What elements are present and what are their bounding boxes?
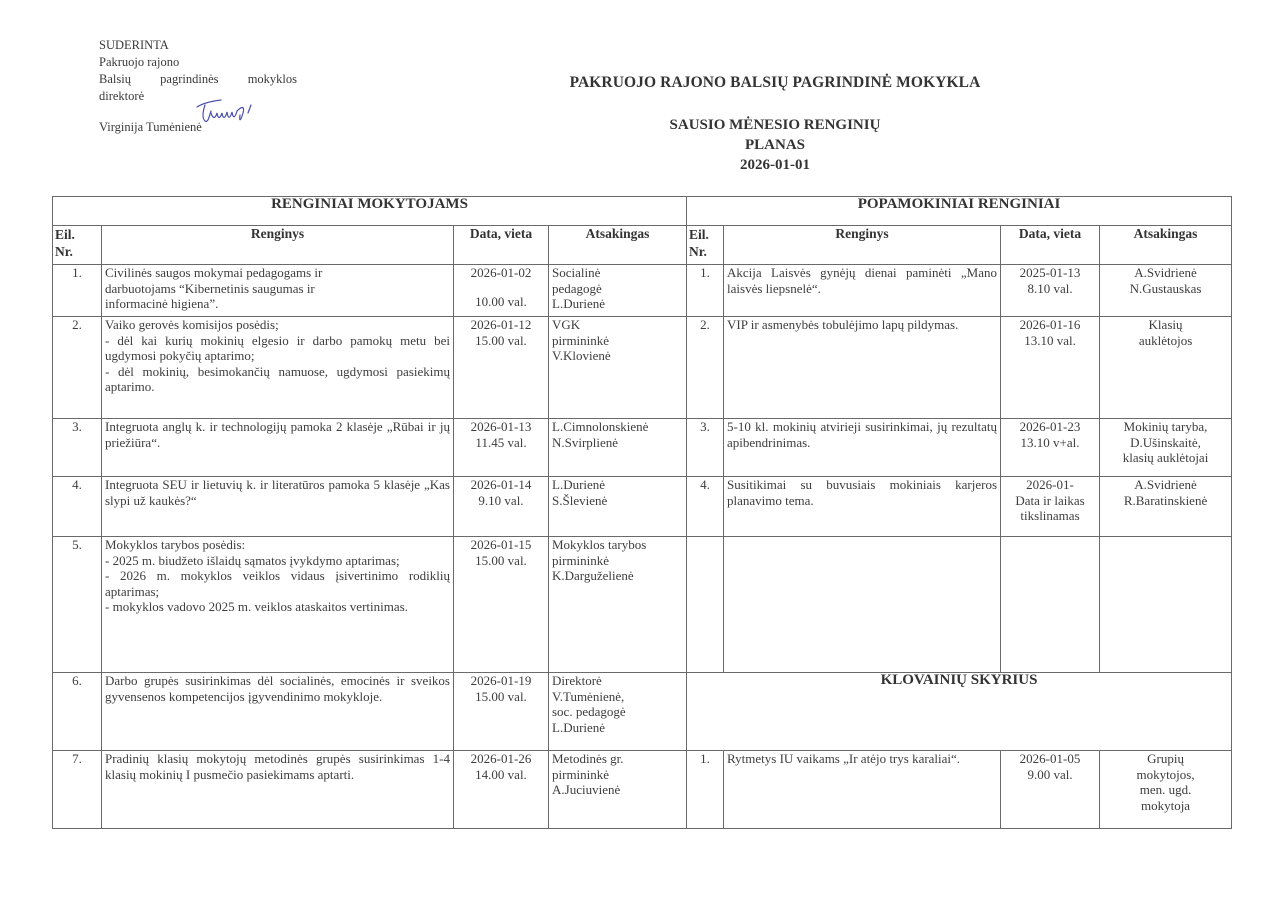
responsible-line: V.Klovienė: [552, 348, 683, 364]
col-header-nr: Eil.Nr.: [687, 226, 724, 265]
event-line: Integruota anglų k. ir technologijų pamo…: [105, 419, 450, 450]
event-line: darbuotojams “Kibernetinis saugumas ir: [105, 281, 450, 297]
event-line: Pradinių klasių mokytojų metodinės grupė…: [105, 751, 450, 782]
row-number: 4.: [53, 477, 102, 537]
event-line: - 2025 m. biudžeto išlaidų sąmatos įvykd…: [105, 553, 450, 569]
event-description: Integruota anglų k. ir technologijų pamo…: [102, 419, 454, 477]
row-number: 6.: [53, 673, 102, 751]
event-line: VIP ir asmenybės tobulėjimo lapų pildyma…: [727, 317, 997, 333]
event-responsible: Grupiųmokytojos,men. ugd.mokytoja: [1100, 751, 1232, 829]
event-responsible: Metodinės gr.pirmininkėA.Juciuvienė: [549, 751, 687, 829]
table-row: 1.Civilinės saugos mokymai pedagogams ir…: [53, 265, 1232, 317]
responsible-line: D.Ušinskaitė,: [1101, 435, 1230, 451]
event-date-time: 2025-01-138.10 val.: [1001, 265, 1100, 317]
responsible-line: V.Tumėnienė,: [552, 689, 683, 705]
event-date-time: 2026-01-1613.10 val.: [1001, 317, 1100, 419]
event-date-time: 2026-01-2614.00 val.: [454, 751, 549, 829]
section-extracurricular-title: POPAMOKINIAI RENGINIAI: [687, 197, 1232, 226]
empty-cell: [1001, 537, 1100, 673]
event-date-time: 2026-01-0210.00 val.: [454, 265, 549, 317]
event-date: 2026-01-12: [457, 317, 545, 333]
responsible-line: pirmininkė: [552, 553, 683, 569]
row-number: 3.: [53, 419, 102, 477]
event-time: 13.10 val.: [1004, 333, 1096, 349]
event-date: 2026-01-16: [1004, 317, 1096, 333]
event-responsible: VGKpirmininkėV.Klovienė: [549, 317, 687, 419]
row-number: 1.: [53, 265, 102, 317]
responsible-line: L.Durienė: [552, 720, 683, 736]
row-number: 2.: [53, 317, 102, 419]
signature-icon: [193, 93, 273, 127]
row-number: 7.: [53, 751, 102, 829]
event-responsible: A.SvidrienėN.Gustauskas: [1100, 265, 1232, 317]
col-header-responsible: Atsakingas: [1100, 226, 1232, 265]
event-date-time: 2026-01-1515.00 val.: [454, 537, 549, 673]
event-date-time: 2026-01-Data ir laikas tikslinamas: [1001, 477, 1100, 537]
row-number: 4.: [687, 477, 724, 537]
responsible-line: S.Šlevienė: [552, 493, 683, 509]
event-date-time: 2026-01-1915.00 val.: [454, 673, 549, 751]
responsible-line: A.Svidrienė: [1103, 265, 1228, 281]
event-description: Integruota SEU ir lietuvių k. ir literat…: [102, 477, 454, 537]
responsible-line: N.Gustauskas: [1103, 281, 1228, 297]
plan-title-line-2: PLANAS: [520, 135, 1030, 155]
empty-cell: [687, 537, 724, 673]
event-description: Civilinės saugos mokymai pedagogams irda…: [102, 265, 454, 317]
responsible-line: Klasių: [1103, 317, 1228, 333]
event-time: 9.10 val.: [457, 493, 545, 509]
event-responsible: Klasiųauklėtojos: [1100, 317, 1232, 419]
event-date-time: 2026-01-149.10 val.: [454, 477, 549, 537]
event-description: Pradinių klasių mokytojų metodinės grupė…: [102, 751, 454, 829]
event-date: 2026-01-19: [457, 673, 545, 689]
responsible-line: N.Svirplienė: [552, 435, 683, 451]
responsible-line: L.Cimnolonskienė: [552, 419, 683, 435]
event-time: 15.00 val.: [457, 689, 545, 705]
event-line: Vaiko gerovės komisijos posėdis;: [105, 317, 450, 333]
event-date: 2026-01-: [1004, 477, 1096, 493]
responsible-line: pirmininkė: [552, 767, 683, 783]
responsible-line: A.Svidrienė: [1103, 477, 1228, 493]
event-time: 9.00 val.: [1004, 767, 1096, 783]
event-line: Mokyklos tarybos posėdis:: [105, 537, 450, 553]
event-date: 2026-01-14: [457, 477, 545, 493]
event-line: informacinė higiena”.: [105, 296, 450, 312]
row-number: 1.: [687, 265, 724, 317]
event-description: Vaiko gerovės komisijos posėdis;- dėl ka…: [102, 317, 454, 419]
responsible-line: R.Baratinskienė: [1103, 493, 1228, 509]
col-header-responsible: Atsakingas: [549, 226, 687, 265]
event-date-time: 2026-01-1311.45 val.: [454, 419, 549, 477]
col-header-nr: Eil.Nr.: [53, 226, 102, 265]
event-line: Susitikimai su buvusiais mokiniais karje…: [727, 477, 997, 508]
event-responsible: SocialinėpedagogėL.Durienė: [549, 265, 687, 317]
responsible-line: Socialinė: [552, 265, 683, 281]
col-header-event: Renginys: [724, 226, 1001, 265]
event-line: - dėl kai kurių mokinių elgesio ir darbo…: [105, 333, 450, 364]
responsible-line: men. ugd.: [1103, 782, 1228, 798]
approval-line-2: Balsių pagrindinės mokyklos: [99, 71, 297, 88]
responsible-line: mokytojos,: [1103, 767, 1228, 783]
table-row: 3.Integruota anglų k. ir technologijų pa…: [53, 419, 1232, 477]
responsible-line: pirmininkė: [552, 333, 683, 349]
event-time: 11.45 val.: [457, 435, 545, 451]
approval-word: pagrindinės: [160, 71, 218, 88]
section-teachers-title: RENGINIAI MOKYTOJAMS: [53, 197, 687, 226]
event-time: 15.00 val.: [457, 333, 545, 349]
event-responsible: Mokinių taryba,D.Ušinskaitė,klasių auklė…: [1100, 419, 1232, 477]
document-header: PAKRUOJO RAJONO BALSIŲ PAGRINDINĖ MOKYKL…: [520, 74, 1030, 175]
col-header-event: Renginys: [102, 226, 454, 265]
table-row: 5.Mokyklos tarybos posėdis: - 2025 m. bi…: [53, 537, 1232, 673]
event-date-time: 2026-01-059.00 val.: [1001, 751, 1100, 829]
section-branch-title: KLOVAINIŲ SKYRIUS: [687, 673, 1232, 751]
responsible-line: klasių auklėtojai: [1101, 450, 1230, 466]
event-responsible: Mokyklos tarybospirmininkėK.Darguželienė: [549, 537, 687, 673]
event-description: Rytmetys IU vaikams „Ir atėjo trys karal…: [724, 751, 1001, 829]
event-date: 2026-01-26: [457, 751, 545, 767]
responsible-line: auklėtojos: [1103, 333, 1228, 349]
event-description: Susitikimai su buvusiais mokiniais karje…: [724, 477, 1001, 537]
event-date: 2026-01-15: [457, 537, 545, 553]
row-number: 3.: [687, 419, 724, 477]
responsible-line: VGK: [552, 317, 683, 333]
responsible-line: Mokinių taryba,: [1101, 419, 1230, 435]
responsible-line: soc. pedagogė: [552, 704, 683, 720]
table-row: 4.Integruota SEU ir lietuvių k. ir liter…: [53, 477, 1232, 537]
responsible-line: Direktorė: [552, 673, 683, 689]
plan-title-line-1: SAUSIO MĖNESIO RENGINIŲ: [520, 115, 1030, 135]
event-date: 2026-01-02: [457, 265, 545, 281]
responsible-line: Mokyklos tarybos: [552, 537, 683, 553]
table-row: 7.Pradinių klasių mokytojų metodinės gru…: [53, 751, 1232, 829]
event-line: Darbo grupės susirinkimas dėl socialinės…: [105, 673, 450, 704]
col-header-date: Data, vieta: [1001, 226, 1100, 265]
responsible-line: mokytoja: [1103, 798, 1228, 814]
event-responsible: DirektorėV.Tumėnienė,soc. pedagogėL.Duri…: [549, 673, 687, 751]
event-line: 5-10 kl. mokinių atvirieji susirinkimai,…: [727, 419, 997, 450]
plan-title: SAUSIO MĖNESIO RENGINIŲ PLANAS 2026-01-0…: [520, 115, 1030, 175]
approval-word: mokyklos: [248, 71, 297, 88]
table-row: 6.Darbo grupės susirinkimas dėl socialin…: [53, 673, 1232, 751]
plan-date: 2026-01-01: [520, 155, 1030, 175]
row-number: 1.: [687, 751, 724, 829]
responsible-line: pedagogė: [552, 281, 683, 297]
event-line: Akcija Laisvės gynėjų dienai paminėti „M…: [727, 265, 997, 296]
col-header-date: Data, vieta: [454, 226, 549, 265]
event-time: 8.10 val.: [1004, 281, 1096, 297]
event-time: 13.10 v+al.: [1004, 435, 1096, 451]
approval-heading: SUDERINTA: [99, 37, 299, 54]
event-line: Rytmetys IU vaikams „Ir atėjo trys karal…: [727, 751, 997, 767]
event-line: - dėl mokinių, besimokančių namuose, ugd…: [105, 364, 450, 395]
event-responsible: L.CimnolonskienėN.Svirplienė: [549, 419, 687, 477]
event-responsible: A.SvidrienėR.Baratinskienė: [1100, 477, 1232, 537]
event-time: 10.00 val.: [457, 294, 545, 310]
event-responsible: L.DurienėS.Šlevienė: [549, 477, 687, 537]
event-line: - 2026 m. mokyklos veiklos vidaus įsiver…: [105, 568, 450, 599]
empty-cell: [1100, 537, 1232, 673]
column-header-row: Eil.Nr. Renginys Data, vieta Atsakingas …: [53, 226, 1232, 265]
event-date: 2026-01-23: [1004, 419, 1096, 435]
approval-word: Balsių: [99, 71, 131, 88]
section-header-row: RENGINIAI MOKYTOJAMS POPAMOKINIAI RENGIN…: [53, 197, 1232, 226]
responsible-line: L.Durienė: [552, 477, 683, 493]
event-time: 14.00 val.: [457, 767, 545, 783]
event-date-time: 2026-01-1215.00 val.: [454, 317, 549, 419]
events-plan-table: RENGINIAI MOKYTOJAMS POPAMOKINIAI RENGIN…: [52, 196, 1232, 829]
event-date-time: 2026-01-2313.10 v+al.: [1001, 419, 1100, 477]
table-row: 2.Vaiko gerovės komisijos posėdis;- dėl …: [53, 317, 1232, 419]
event-description: 5-10 kl. mokinių atvirieji susirinkimai,…: [724, 419, 1001, 477]
event-time: Data ir laikas tikslinamas: [1004, 493, 1096, 524]
empty-cell: [724, 537, 1001, 673]
row-number: 2.: [687, 317, 724, 419]
event-date: 2026-01-13: [457, 419, 545, 435]
event-date: 2025-01-13: [1004, 265, 1096, 281]
event-description: Darbo grupės susirinkimas dėl socialinės…: [102, 673, 454, 751]
school-name: PAKRUOJO RAJONO BALSIŲ PAGRINDINĖ MOKYKL…: [520, 74, 1030, 92]
event-description: Akcija Laisvės gynėjų dienai paminėti „M…: [724, 265, 1001, 317]
event-line: Integruota SEU ir lietuvių k. ir literat…: [105, 477, 450, 508]
event-description: Mokyklos tarybos posėdis: - 2025 m. biud…: [102, 537, 454, 673]
row-number: 5.: [53, 537, 102, 673]
responsible-line: L.Durienė: [552, 296, 683, 312]
event-description: VIP ir asmenybės tobulėjimo lapų pildyma…: [724, 317, 1001, 419]
event-line: - mokyklos vadovo 2025 m. veiklos ataska…: [105, 599, 450, 615]
responsible-line: K.Darguželienė: [552, 568, 683, 584]
responsible-line: Grupių: [1103, 751, 1228, 767]
responsible-line: A.Juciuvienė: [552, 782, 683, 798]
event-time: 15.00 val.: [457, 553, 545, 569]
approval-line-1: Pakruojo rajono: [99, 54, 299, 71]
event-date: 2026-01-05: [1004, 751, 1096, 767]
event-line: Civilinės saugos mokymai pedagogams ir: [105, 265, 450, 281]
responsible-line: Metodinės gr.: [552, 751, 683, 767]
